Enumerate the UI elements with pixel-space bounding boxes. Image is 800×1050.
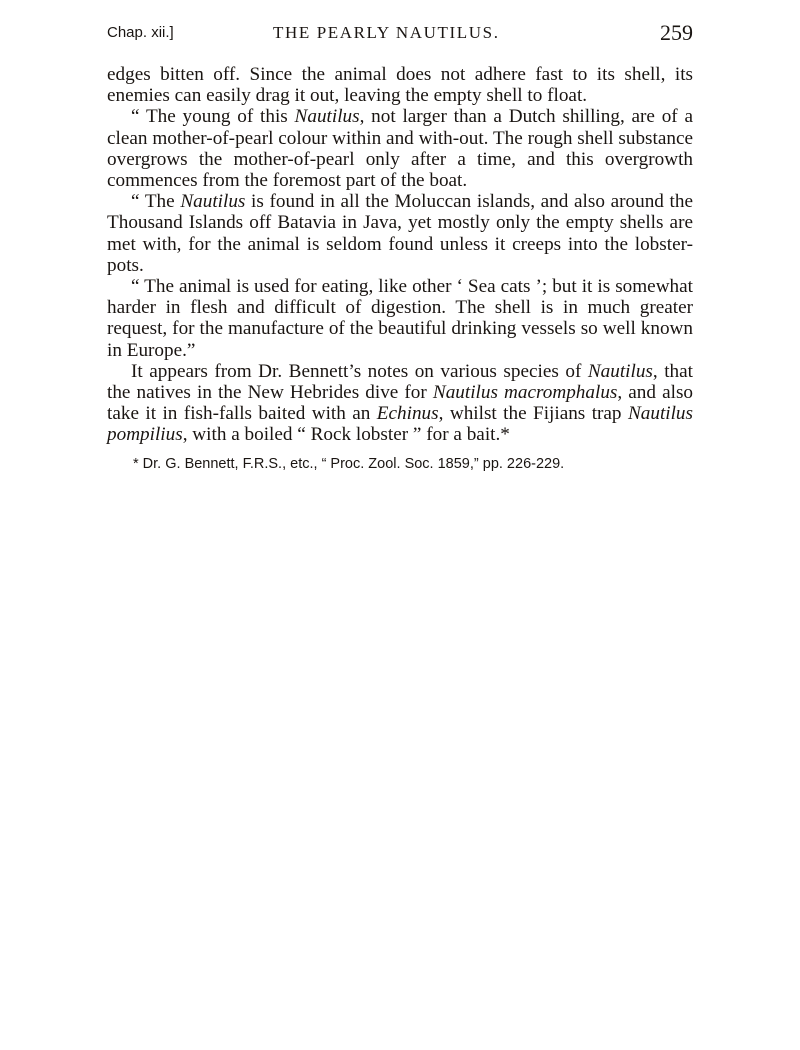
italic-term: Echinus xyxy=(377,403,439,424)
text-run: “ The animal is used for eating, like ot… xyxy=(107,276,693,361)
book-page: Chap. xii.] THE PEARLY NAUTILUS. 259 edg… xyxy=(107,18,693,474)
text-run: , whilst the Fijians trap xyxy=(439,403,628,424)
paragraph: It appears from Dr. Bennett’s notes on v… xyxy=(107,361,693,446)
text-run: “ The young of this xyxy=(131,106,295,127)
text-run: It appears from Dr. Bennett’s notes on v… xyxy=(131,361,588,382)
running-title: THE PEARLY NAUTILUS. xyxy=(273,23,500,43)
text-run: , with a boiled “ Rock lobster ” for a b… xyxy=(183,424,510,445)
text-run: edges bitten off. Since the animal does … xyxy=(107,64,693,106)
paragraph: “ The Nautilus is found in all the Moluc… xyxy=(107,191,693,276)
running-head: Chap. xii.] THE PEARLY NAUTILUS. 259 xyxy=(107,18,693,48)
italic-term: Nautilus macromphalus xyxy=(433,382,618,403)
paragraph: “ The young of this Nautilus, not larger… xyxy=(107,106,693,191)
italic-term: Nautilus xyxy=(180,191,245,212)
paragraph: edges bitten off. Since the animal does … xyxy=(107,64,693,106)
text-run: “ The xyxy=(131,191,180,212)
page-number: 259 xyxy=(660,20,693,46)
body-text: edges bitten off. Since the animal does … xyxy=(107,64,693,446)
paragraph: “ The animal is used for eating, like ot… xyxy=(107,276,693,361)
italic-term: Nautilus xyxy=(295,106,360,127)
footnote: * Dr. G. Bennett, F.R.S., etc., “ Proc. … xyxy=(107,454,693,474)
chapter-label: Chap. xii.] xyxy=(107,24,174,41)
italic-term: Nautilus xyxy=(588,361,653,382)
